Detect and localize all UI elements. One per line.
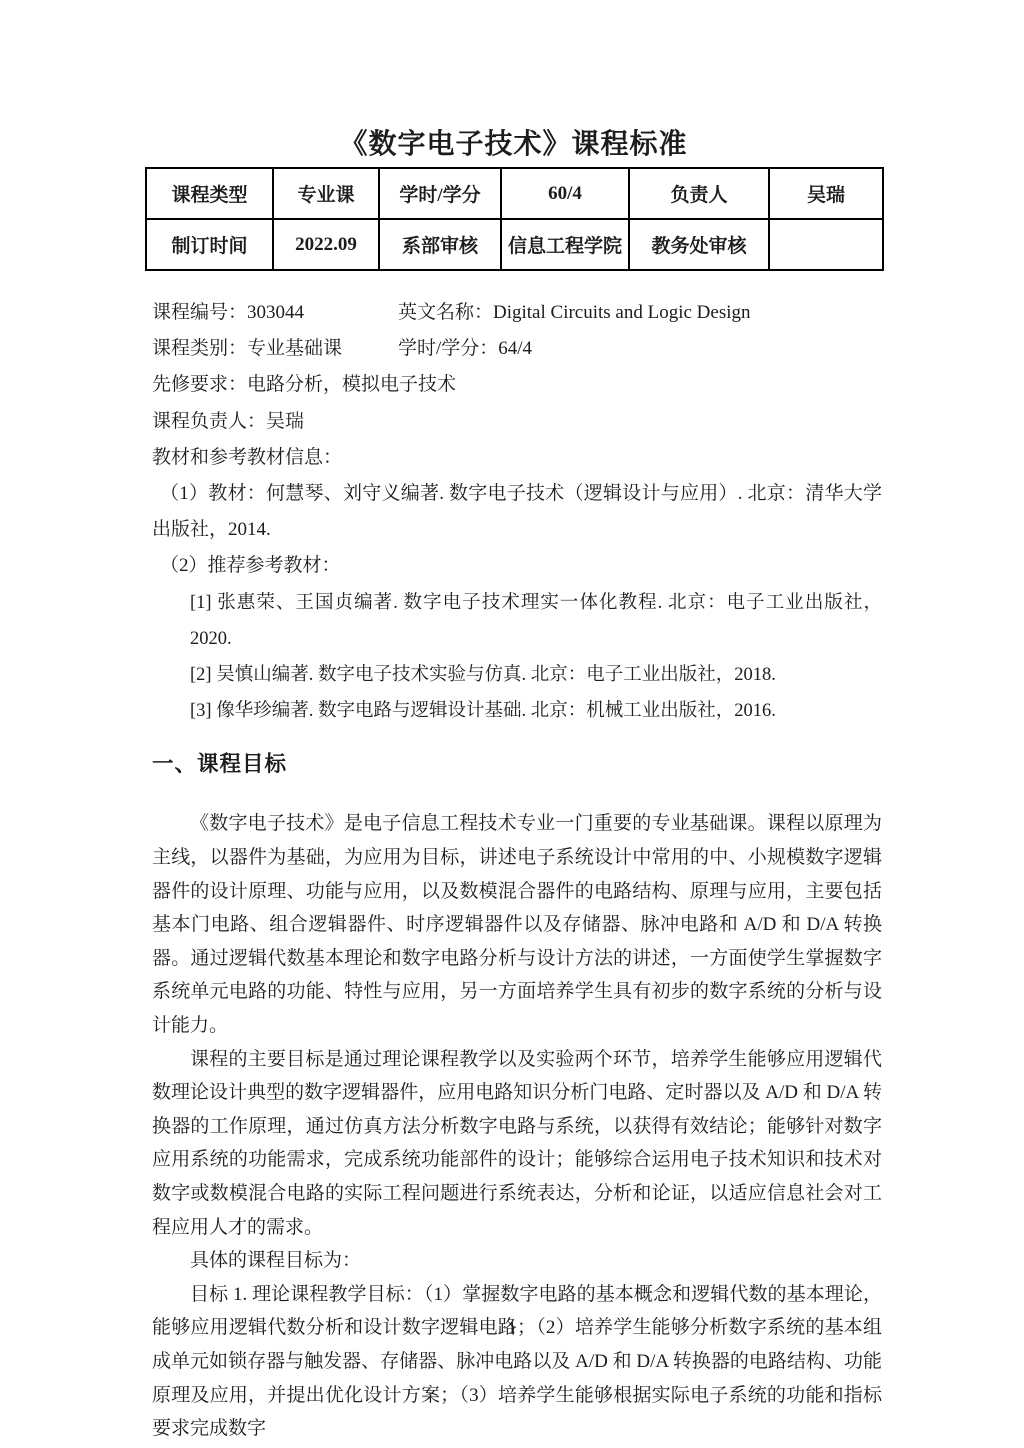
paragraph: 《数字电子技术》是电子信息工程技术专业一门重要的专业基础课。课程以原理为主线，以… (152, 807, 882, 1042)
cell-dept-review-label: 系部审核 (379, 219, 501, 270)
course-category-line: 课程类别：专业基础课学时/学分：64/4 (152, 331, 882, 367)
document-page: 《数字电子技术》课程标准 课程类型 专业课 学时/学分 60/4 负责人 吴瑞 … (0, 0, 1024, 1448)
textbook-entry: （1）教材：何慧琴、刘守义编著. 数字电子技术（逻辑设计与应用）. 北京：清华大… (152, 476, 882, 548)
paragraph: 目标 1. 理论课程教学目标：（1）掌握数字电路的基本概念和逻辑代数的基本理论，… (152, 1278, 882, 1446)
cell-course-type-value: 专业课 (273, 168, 379, 219)
reference-item: [1] 张惠荣、王国贞编著. 数字电子技术理实一体化教程. 北京：电子工业出版社… (152, 585, 882, 657)
course-number: 课程编号：303044 (152, 295, 398, 331)
reference-header-line: （2）推荐参考教材： (152, 548, 882, 584)
header-table-row-2: 制订时间 2022.09 系部审核 信息工程学院 教务处审核 (146, 219, 883, 270)
cell-leader-value: 吴瑞 (769, 168, 883, 219)
header-table-row-1: 课程类型 专业课 学时/学分 60/4 负责人 吴瑞 (146, 168, 883, 219)
materials-header-line: 教材和参考教材信息： (152, 440, 882, 476)
course-category: 课程类别：专业基础课 (152, 331, 398, 367)
cell-leader-label: 负责人 (629, 168, 769, 219)
cell-academic-review-label: 教务处审核 (629, 219, 769, 270)
page-number: 1 (0, 1318, 1024, 1338)
cell-date-label: 制订时间 (146, 219, 273, 270)
prerequisites-line: 先修要求：电路分析，模拟电子技术 (152, 367, 882, 403)
course-number-line: 课程编号：303044英文名称：Digital Circuits and Log… (152, 295, 882, 331)
english-name: 英文名称：Digital Circuits and Logic Design (398, 302, 751, 323)
cell-date-value: 2022.09 (273, 219, 379, 270)
cell-hours-credits-value: 60/4 (501, 168, 629, 219)
reference-item: [2] 吴慎山编著. 数字电子技术实验与仿真. 北京：电子工业出版社，2018. (152, 657, 882, 693)
cell-academic-review-value (769, 219, 883, 270)
course-leader-line: 课程负责人：吴瑞 (152, 404, 882, 440)
document-content: 《数字电子技术》课程标准 课程类型 专业课 学时/学分 60/4 负责人 吴瑞 … (145, 0, 882, 1446)
cell-hours-credits-label: 学时/学分 (379, 168, 501, 219)
section-heading-course-objectives: 一、课程目标 (145, 750, 882, 778)
paragraph: 具体的课程目标为： (152, 1244, 882, 1278)
cell-course-type-label: 课程类型 (146, 168, 273, 219)
course-info-block: 课程编号：303044英文名称：Digital Circuits and Log… (145, 295, 882, 729)
course-header-table: 课程类型 专业课 学时/学分 60/4 负责人 吴瑞 制订时间 2022.09 … (145, 167, 884, 271)
reference-item: [3] 像华珍编著. 数字电路与逻辑设计基础. 北京：机械工业出版社，2016. (152, 693, 882, 729)
document-title: 《数字电子技术》课程标准 (145, 128, 882, 162)
paragraph: 课程的主要目标是通过理论课程教学以及实验两个环节，培养学生能够应用逻辑代数理论设… (152, 1043, 882, 1245)
section-body: 《数字电子技术》是电子信息工程技术专业一门重要的专业基础课。课程以原理为主线，以… (145, 807, 882, 1445)
hours-credits: 学时/学分：64/4 (398, 338, 532, 359)
cell-dept-review-value: 信息工程学院 (501, 219, 629, 270)
